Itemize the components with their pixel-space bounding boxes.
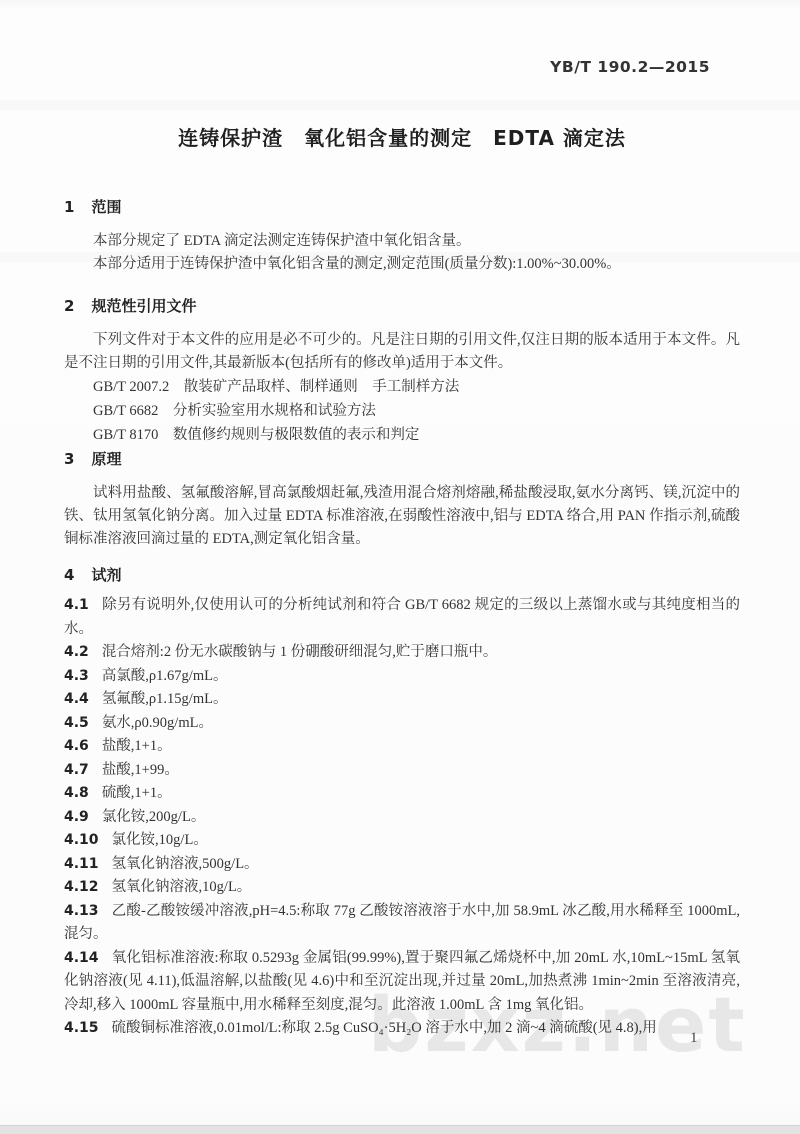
clause-number: 4.11 <box>64 856 99 872</box>
clause-number: 4.10 <box>64 832 99 848</box>
section-title: 试剂 <box>91 566 121 584</box>
clause-number: 4.1 <box>64 597 89 613</box>
clause-4-13: 4.13乙酸-乙酸铵缓冲溶液,pH=4.5:称取 77g 乙酸铵溶液溶于水中,加… <box>64 900 740 947</box>
clause-4-2: 4.2混合熔剂:2 份无水碳酸钠与 1 份硼酸研细混匀,贮于磨口瓶中。 <box>64 641 740 665</box>
section-reagents: 4试剂 4.1除另有说明外,仅使用认可的分析纯试剂和符合 GB/T 6682 规… <box>64 567 740 1041</box>
clause-4-9: 4.9氯化铵,200g/L。 <box>64 806 740 830</box>
section-number: 4 <box>64 567 74 584</box>
section-title: 规范性引用文件 <box>91 297 196 315</box>
page-number: 1 <box>690 1030 698 1047</box>
clause-4-1: 4.1除另有说明外,仅使用认可的分析纯试剂和符合 GB/T 6682 规定的三级… <box>64 594 740 641</box>
clause-4-12: 4.12氢氧化钠溶液,10g/L。 <box>64 876 740 900</box>
clause-number: 4.9 <box>64 809 89 825</box>
section-principle: 3原理 试料用盐酸、氢氟酸溶解,冒高氯酸烟赶氟,残渣用混合熔剂熔融,稀盐酸浸取,… <box>64 451 740 551</box>
paragraph: 本部分适用于连铸保护渣中氧化铝含量的测定,测定范围(质量分数):1.00%~30… <box>64 253 740 276</box>
clause-4-11: 4.11氢氧化钠溶液,500g/L。 <box>64 853 740 877</box>
section-number: 3 <box>64 451 74 468</box>
clause-4-6: 4.6盐酸,1+1。 <box>64 735 740 759</box>
clause-4-7: 4.7盐酸,1+99。 <box>64 759 740 783</box>
clause-text: 氯化铵,10g/L。 <box>112 832 208 848</box>
clause-text: 硫酸,1+1。 <box>102 785 172 801</box>
clause-text: 硫酸铜标准溶液,0.01mol/L:称取 2.5g CuSO₄·5H₂O 溶于水… <box>112 1020 657 1036</box>
clause-4-15: 4.15硫酸铜标准溶液,0.01mol/L:称取 2.5g CuSO₄·5H₂O… <box>64 1017 740 1041</box>
clause-text: 盐酸,1+1。 <box>102 738 172 754</box>
clause-number: 4.12 <box>64 879 99 895</box>
clause-text: 氢氧化钠溶液,500g/L。 <box>112 856 259 872</box>
section-number: 1 <box>64 199 74 216</box>
clause-number: 4.15 <box>64 1020 99 1036</box>
clause-text: 盐酸,1+99。 <box>102 762 179 778</box>
standard-code: YB/T 190.2—2015 <box>64 58 740 76</box>
clause-number: 4.5 <box>64 715 89 731</box>
scan-bottom-edge <box>0 1125 800 1134</box>
paragraph: 试料用盐酸、氢氟酸溶解,冒高氯酸烟赶氟,残渣用混合熔剂熔融,稀盐酸浸取,氨水分离… <box>64 482 740 551</box>
clause-4-14: 4.14氧化铝标准溶液:称取 0.5293g 金属铝(99.99%),置于聚四氟… <box>64 947 740 1018</box>
section-heading: 4试剂 <box>64 567 740 584</box>
reference-entry: GB/T 6682 分析实验室用水规格和试验方法 <box>64 399 740 423</box>
clause-text: 高氯酸,ρ1.67g/mL。 <box>102 668 228 684</box>
clause-4-10: 4.10氯化铵,10g/L。 <box>64 829 740 853</box>
clause-text: 除另有说明外,仅使用认可的分析纯试剂和符合 GB/T 6682 规定的三级以上蒸… <box>64 597 740 637</box>
clause-4-8: 4.8硫酸,1+1。 <box>64 782 740 806</box>
section-heading: 2规范性引用文件 <box>64 298 740 315</box>
paragraph: 本部分规定了 EDTA 滴定法测定连铸保护渣中氧化铝含量。 <box>64 230 740 253</box>
clause-number: 4.6 <box>64 738 89 754</box>
clause-text: 乙酸-乙酸铵缓冲溶液,pH=4.5:称取 77g 乙酸铵溶液溶于水中,加 58.… <box>64 903 740 943</box>
clause-number: 4.13 <box>64 903 99 919</box>
clause-4-4: 4.4氢氟酸,ρ1.15g/mL。 <box>64 688 740 712</box>
clause-number: 4.3 <box>64 668 89 684</box>
page-content: YB/T 190.2—2015 连铸保护渣 氧化铝含量的测定 EDTA 滴定法 … <box>64 0 740 1041</box>
reference-entry: GB/T 8170 数值修约规则与极限数值的表示和判定 <box>64 423 740 447</box>
section-heading: 3原理 <box>64 451 740 468</box>
section-title: 范围 <box>91 198 121 216</box>
clause-4-5: 4.5氨水,ρ0.90g/mL。 <box>64 712 740 736</box>
document-title: 连铸保护渣 氧化铝含量的测定 EDTA 滴定法 <box>64 124 740 153</box>
clause-text: 氢氧化钠溶液,10g/L。 <box>112 879 252 895</box>
clause-number: 4.14 <box>64 950 99 966</box>
clause-text: 氯化铵,200g/L。 <box>102 809 206 825</box>
clause-text: 氨水,ρ0.90g/mL。 <box>102 715 213 731</box>
clause-4-3: 4.3高氯酸,ρ1.67g/mL。 <box>64 665 740 689</box>
clause-text: 氢氟酸,ρ1.15g/mL。 <box>102 691 228 707</box>
clause-text: 氧化铝标准溶液:称取 0.5293g 金属铝(99.99%),置于聚四氟乙烯烧杯… <box>64 950 740 1013</box>
section-title: 原理 <box>91 450 121 468</box>
clause-number: 4.8 <box>64 785 89 801</box>
clause-number: 4.7 <box>64 762 89 778</box>
clause-number: 4.2 <box>64 644 89 660</box>
clause-number: 4.4 <box>64 691 89 707</box>
paragraph: 下列文件对于本文件的应用是必不可少的。凡是注日期的引用文件,仅注日期的版本适用于… <box>64 329 740 375</box>
section-number: 2 <box>64 298 74 315</box>
section-scope: 1范围 本部分规定了 EDTA 滴定法测定连铸保护渣中氧化铝含量。 本部分适用于… <box>64 199 740 276</box>
reference-entry: GB/T 2007.2 散装矿产品取样、制样通则 手工制样方法 <box>64 375 740 399</box>
clause-text: 混合熔剂:2 份无水碳酸钠与 1 份硼酸研细混匀,贮于磨口瓶中。 <box>102 644 498 660</box>
section-normative-references: 2规范性引用文件 下列文件对于本文件的应用是必不可少的。凡是注日期的引用文件,仅… <box>64 298 740 447</box>
scanned-document-page: bzxz.net YB/T 190.2—2015 连铸保护渣 氧化铝含量的测定 … <box>0 0 800 1134</box>
section-heading: 1范围 <box>64 199 740 216</box>
